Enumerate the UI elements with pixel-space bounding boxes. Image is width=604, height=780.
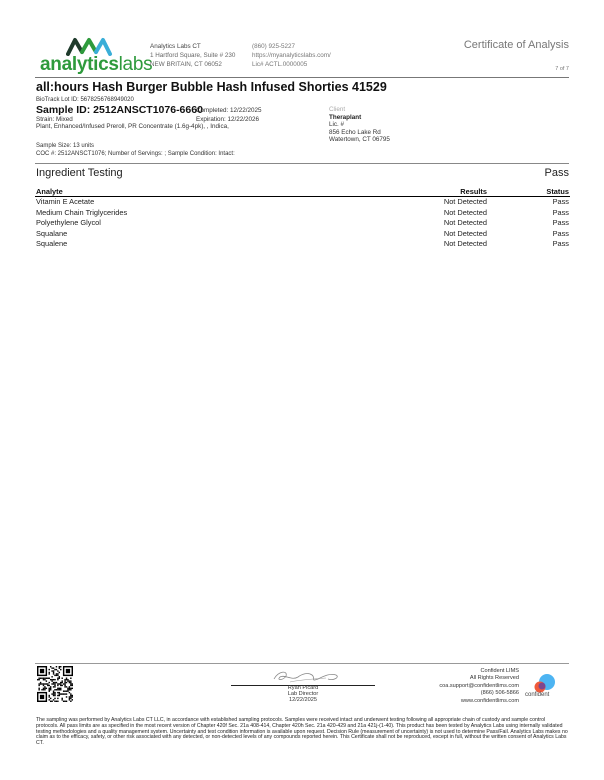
qr-code-icon[interactable] — [37, 666, 73, 702]
analyte-cell: Squalene — [35, 239, 366, 250]
analyte-cell: Polyethylene Glycol — [35, 218, 366, 229]
client-name: Theraplant — [329, 114, 390, 122]
client-address-line2: Watertown, CT 06795 — [329, 136, 390, 144]
disclaimer-text: The sampling was performed by Analytics … — [36, 718, 568, 747]
signature-date: 12/22/2025 — [231, 698, 375, 704]
analytics-labs-logo-icon — [66, 36, 116, 56]
table-header-row: Analyte Results Status — [35, 187, 570, 197]
sample-id: Sample ID: 2512ANSCT1076-6660 — [36, 104, 203, 116]
analyte-cell: Squalane — [35, 229, 366, 240]
strain: Strain: Mixed — [36, 116, 236, 123]
column-header-status: Status — [488, 187, 570, 197]
result-cell: Not Detected — [366, 208, 488, 219]
biotrack-lot-id: BioTrack Lot ID: 5678256768949020 — [36, 97, 134, 103]
table-row: Medium Chain TriglyceridesNot DetectedPa… — [35, 208, 570, 219]
confident-logo-text: confident — [525, 692, 549, 698]
table-row: Vitamin E AcetateNot DetectedPass — [35, 197, 570, 208]
table-row: Polyethylene GlycolNot DetectedPass — [35, 218, 570, 229]
sample-strain-info: Strain: Mixed Plant, Enhanced/Infused Pr… — [36, 116, 236, 130]
header-divider — [35, 77, 569, 78]
logo-text-main: analytics — [40, 54, 119, 75]
lab-address: Analytics Labs CT 1 Hartford Square, Sui… — [150, 42, 235, 69]
section-title: Ingredient Testing — [36, 167, 123, 179]
completed-date: Completed: 12/22/2025 — [196, 106, 261, 115]
table-row: SqualeneNot DetectedPass — [35, 239, 570, 250]
column-header-analyte: Analyte — [35, 187, 366, 197]
coc-line: COC #: 2512ANSCT1076; Number of Servings… — [36, 151, 235, 159]
lims-website-link[interactable]: www.confidentlims.com — [439, 698, 519, 705]
status-cell: Pass — [488, 239, 570, 250]
footer-divider — [35, 663, 569, 664]
status-cell: Pass — [488, 229, 570, 240]
section-overall-status: Pass — [545, 167, 569, 179]
ingredient-results-table: Analyte Results Status Vitamin E Acetate… — [35, 187, 570, 250]
product-category: Plant, Enhanced/Infused Preroll, PR Conc… — [36, 123, 236, 130]
document-title: Certificate of Analysis — [464, 39, 569, 51]
page-number: 7 of 7 — [555, 66, 569, 72]
lims-rights: All Rights Reserved — [439, 675, 519, 682]
signer-block: Ryan Picard Lab Director 12/22/2025 — [231, 686, 375, 703]
sample-size: Sample Size: 13 units — [36, 143, 235, 151]
column-header-results: Results — [366, 187, 488, 197]
product-title: all:hours Hash Burger Bubble Hash Infuse… — [36, 80, 387, 94]
result-cell: Not Detected — [366, 239, 488, 250]
lab-website-link[interactable]: https://myanalyticslabs.com/ — [252, 51, 331, 60]
lab-address-line1: 1 Hartford Square, Suite # 230 — [150, 51, 235, 60]
client-address-line1: 856 Echo Lake Rd — [329, 129, 390, 137]
status-cell: Pass — [488, 197, 570, 208]
signature-icon — [268, 667, 348, 687]
status-cell: Pass — [488, 208, 570, 219]
sample-meta: Sample Size: 13 units COC #: 2512ANSCT10… — [36, 143, 235, 158]
client-label: Client — [329, 106, 390, 114]
lims-info: Confident LIMS All Rights Reserved coa.s… — [439, 668, 519, 705]
lab-license: Lic# ACTL.0000005 — [252, 60, 331, 69]
lims-phone: (866) 506-5866 — [439, 690, 519, 697]
status-cell: Pass — [488, 218, 570, 229]
result-cell: Not Detected — [366, 197, 488, 208]
lims-email-link[interactable]: coa.support@confidentlims.com — [439, 683, 519, 690]
result-cell: Not Detected — [366, 229, 488, 240]
section-divider — [35, 163, 569, 164]
client-license: Lic. # — [329, 121, 390, 129]
lab-address-line2: NEW BRITAIN, CT 06052 — [150, 60, 235, 69]
logo-text-suffix: labs — [119, 54, 153, 75]
lims-name: Confident LIMS — [439, 668, 519, 675]
lab-contact: (860) 925-5227 https://myanalyticslabs.c… — [252, 42, 331, 69]
analyte-cell: Vitamin E Acetate — [35, 197, 366, 208]
lab-name: Analytics Labs CT — [150, 42, 235, 51]
lab-phone: (860) 925-5227 — [252, 42, 331, 51]
logo-wordmark: analyticslabs — [40, 54, 152, 76]
analyte-cell: Medium Chain Triglycerides — [35, 208, 366, 219]
table-row: SqualaneNot DetectedPass — [35, 229, 570, 240]
client-info: Client Theraplant Lic. # 856 Echo Lake R… — [329, 106, 390, 144]
result-cell: Not Detected — [366, 218, 488, 229]
